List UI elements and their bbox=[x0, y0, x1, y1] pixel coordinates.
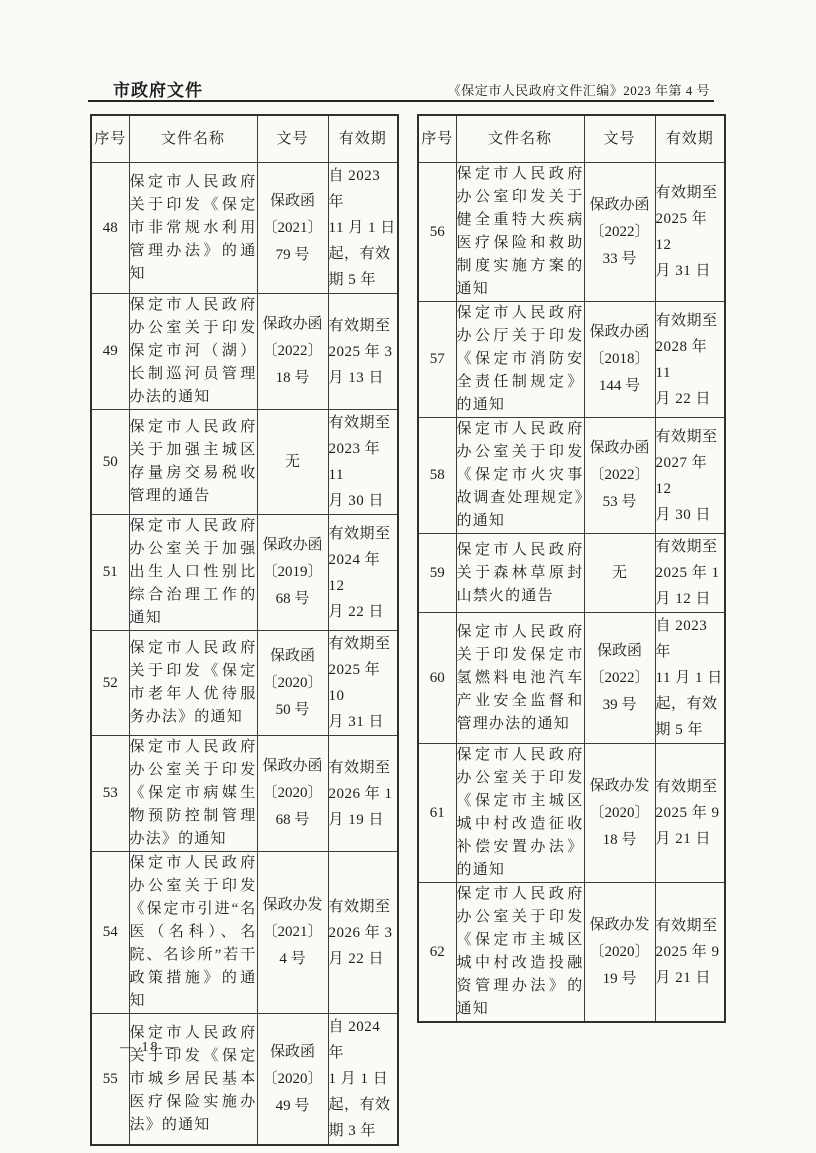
row-number: 48 bbox=[91, 163, 129, 294]
row-number: 62 bbox=[418, 883, 456, 1023]
header-rule bbox=[88, 100, 714, 102]
doc-number: 保政办发 〔2020〕 19 号 bbox=[584, 883, 655, 1023]
doc-number: 保政办发 〔2020〕 18 号 bbox=[584, 744, 655, 883]
col-header-validity: 有效期 bbox=[328, 115, 398, 163]
doc-number: 无 bbox=[584, 534, 655, 613]
validity-period: 有效期至 2025 年 9 月 21 日 bbox=[655, 883, 725, 1023]
table-row: 57 保定市人民政府办公厅关于印发《保定市消防安全责任制规定》的通知 保政办函 … bbox=[418, 302, 725, 418]
doc-number: 保政函 〔2021〕 79 号 bbox=[257, 163, 328, 294]
doc-number: 保政办发 〔2021〕 4 号 bbox=[257, 852, 328, 1014]
table-row: 60 保定市人民政府关于印发保定市氢燃料电池汽车产业安全监督和管理办法的通知 保… bbox=[418, 613, 725, 744]
doc-title: 保定市人民政府办公厅关于印发《保定市消防安全责任制规定》的通知 bbox=[456, 302, 584, 418]
row-number: 60 bbox=[418, 613, 456, 744]
validity-period: 自 2023 年 11 月 1 日 起，有效 期 5 年 bbox=[328, 163, 398, 294]
validity-period: 有效期至 2025 年 1 月 12 日 bbox=[655, 534, 725, 613]
doc-title: 保定市人民政府关于印发《保定市老年人优待服务办法》的通知 bbox=[129, 631, 257, 736]
doc-number: 保政办函 〔2020〕 68 号 bbox=[257, 736, 328, 852]
doc-title: 保定市人民政府关于印发保定市氢燃料电池汽车产业安全监督和管理办法的通知 bbox=[456, 613, 584, 744]
col-header-no: 序号 bbox=[418, 115, 456, 163]
table-row: 61 保定市人民政府办公室关于印发《保定市主城区城中村改造征收补偿安置办法》的通… bbox=[418, 744, 725, 883]
doc-title: 保定市人民政府办公室关于印发《保定市主城区城中村改造征收补偿安置办法》的通知 bbox=[456, 744, 584, 883]
section-title: 市政府文件 bbox=[113, 76, 203, 101]
table-row: 52 保定市人民政府关于印发《保定市老年人优待服务办法》的通知 保政函 〔202… bbox=[91, 631, 398, 736]
col-header-docno: 文号 bbox=[584, 115, 655, 163]
table-row: 58 保定市人民政府办公室关于印发《保定市火灾事故调查处理规定》的通知 保政办函… bbox=[418, 418, 725, 534]
validity-period: 有效期至 2025 年 9 月 21 日 bbox=[655, 744, 725, 883]
table-row: 62 保定市人民政府办公室关于印发《保定市主城区城中村改造投融资管理办法》的通知… bbox=[418, 883, 725, 1023]
validity-period: 自 2024 年 1 月 1 日 起，有效 期 3 年 bbox=[328, 1014, 398, 1146]
doc-number: 保政办函 〔2022〕 33 号 bbox=[584, 163, 655, 302]
validity-period: 有效期至 2024 年 12 月 22 日 bbox=[328, 515, 398, 631]
document-page: 市政府文件 《保定市人民政府文件汇编》2023 年第 4 号 序号 文件名称 文… bbox=[0, 0, 816, 1153]
row-number: 49 bbox=[91, 294, 129, 410]
doc-title: 保定市人民政府办公室关于印发《保定市主城区城中村改造投融资管理办法》的通知 bbox=[456, 883, 584, 1023]
col-header-no: 序号 bbox=[91, 115, 129, 163]
row-number: 58 bbox=[418, 418, 456, 534]
table-row: 55 保定市人民政府关于印发《保定市城乡居民基本医疗保险实施办法》的通知 保政函… bbox=[91, 1014, 398, 1146]
row-number: 53 bbox=[91, 736, 129, 852]
table-row: 51 保定市人民政府办公室关于加强出生人口性别比综合治理工作的通知 保政办函 〔… bbox=[91, 515, 398, 631]
col-header-validity: 有效期 bbox=[655, 115, 725, 163]
row-number: 50 bbox=[91, 410, 129, 515]
col-header-name: 文件名称 bbox=[456, 115, 584, 163]
validity-period: 有效期至 2025 年 10 月 31 日 bbox=[328, 631, 398, 736]
row-number: 55 bbox=[91, 1014, 129, 1146]
doc-title: 保定市人民政府办公室关于印发《保定市引进“名医（名科）、名院、名诊所”若干政策措… bbox=[129, 852, 257, 1014]
table-row: 48 保定市人民政府关于印发《保定市非常规水利用管理办法》的通知 保政函 〔20… bbox=[91, 163, 398, 294]
doc-title: 保定市人民政府办公室关于印发《保定市火灾事故调查处理规定》的通知 bbox=[456, 418, 584, 534]
row-number: 52 bbox=[91, 631, 129, 736]
doc-number: 保政函 〔2022〕 39 号 bbox=[584, 613, 655, 744]
table-header-row: 序号 文件名称 文号 有效期 bbox=[418, 115, 725, 163]
table-row: 49 保定市人民政府办公室关于印发保定市河（湖）长制巡河员管理办法的通知 保政办… bbox=[91, 294, 398, 410]
doc-number: 保政办函 〔2019〕 68 号 bbox=[257, 515, 328, 631]
validity-period: 有效期至 2026 年 3 月 22 日 bbox=[328, 852, 398, 1014]
documents-table-left: 序号 文件名称 文号 有效期 48 保定市人民政府关于印发《保定市非常规水利用管… bbox=[90, 114, 399, 1146]
compilation-title: 《保定市人民政府文件汇编》2023 年第 4 号 bbox=[448, 80, 710, 99]
doc-number: 无 bbox=[257, 410, 328, 515]
doc-title: 保定市人民政府关于印发《保定市非常规水利用管理办法》的通知 bbox=[129, 163, 257, 294]
table-row: 54 保定市人民政府办公室关于印发《保定市引进“名医（名科）、名院、名诊所”若干… bbox=[91, 852, 398, 1014]
row-number: 57 bbox=[418, 302, 456, 418]
row-number: 54 bbox=[91, 852, 129, 1014]
doc-title: 保定市人民政府关于森林草原封山禁火的通告 bbox=[456, 534, 584, 613]
doc-title: 保定市人民政府办公室关于印发《保定市病媒生物预防控制管理办法》的通知 bbox=[129, 736, 257, 852]
validity-period: 有效期至 2025 年 12 月 31 日 bbox=[655, 163, 725, 302]
validity-period: 有效期至 2026 年 1 月 19 日 bbox=[328, 736, 398, 852]
doc-number: 保政函 〔2020〕 49 号 bbox=[257, 1014, 328, 1146]
doc-number: 保政办函 〔2018〕 144 号 bbox=[584, 302, 655, 418]
row-number: 61 bbox=[418, 744, 456, 883]
col-header-docno: 文号 bbox=[257, 115, 328, 163]
row-number: 59 bbox=[418, 534, 456, 613]
page-number: — 18 — bbox=[120, 1040, 181, 1056]
doc-number: 保政办函 〔2022〕 53 号 bbox=[584, 418, 655, 534]
validity-period: 有效期至 2028 年 11 月 22 日 bbox=[655, 302, 725, 418]
doc-title: 保定市人民政府关于印发《保定市城乡居民基本医疗保险实施办法》的通知 bbox=[129, 1014, 257, 1146]
validity-period: 有效期至 2025 年 3 月 13 日 bbox=[328, 294, 398, 410]
doc-number: 保政函 〔2020〕 50 号 bbox=[257, 631, 328, 736]
validity-period: 有效期至 2023 年 11 月 30 日 bbox=[328, 410, 398, 515]
validity-period: 有效期至 2027 年 12 月 30 日 bbox=[655, 418, 725, 534]
table-header-row: 序号 文件名称 文号 有效期 bbox=[91, 115, 398, 163]
validity-period: 自 2023 年 11 月 1 日 起，有效 期 5 年 bbox=[655, 613, 725, 744]
table-row: 50 保定市人民政府关于加强主城区存量房交易税收管理的通告 无 有效期至 202… bbox=[91, 410, 398, 515]
col-header-name: 文件名称 bbox=[129, 115, 257, 163]
row-number: 51 bbox=[91, 515, 129, 631]
table-row: 59 保定市人民政府关于森林草原封山禁火的通告 无 有效期至 2025 年 1 … bbox=[418, 534, 725, 613]
table-row: 56 保定市人民政府办公室印发关于健全重特大疾病医疗保险和救助制度实施方案的通知… bbox=[418, 163, 725, 302]
doc-title: 保定市人民政府办公室印发关于健全重特大疾病医疗保险和救助制度实施方案的通知 bbox=[456, 163, 584, 302]
doc-title: 保定市人民政府关于加强主城区存量房交易税收管理的通告 bbox=[129, 410, 257, 515]
table-row: 53 保定市人民政府办公室关于印发《保定市病媒生物预防控制管理办法》的通知 保政… bbox=[91, 736, 398, 852]
doc-title: 保定市人民政府办公室关于印发保定市河（湖）长制巡河员管理办法的通知 bbox=[129, 294, 257, 410]
doc-number: 保政办函 〔2022〕 18 号 bbox=[257, 294, 328, 410]
documents-table-right: 序号 文件名称 文号 有效期 56 保定市人民政府办公室印发关于健全重特大疾病医… bbox=[417, 114, 726, 1023]
row-number: 56 bbox=[418, 163, 456, 302]
doc-title: 保定市人民政府办公室关于加强出生人口性别比综合治理工作的通知 bbox=[129, 515, 257, 631]
